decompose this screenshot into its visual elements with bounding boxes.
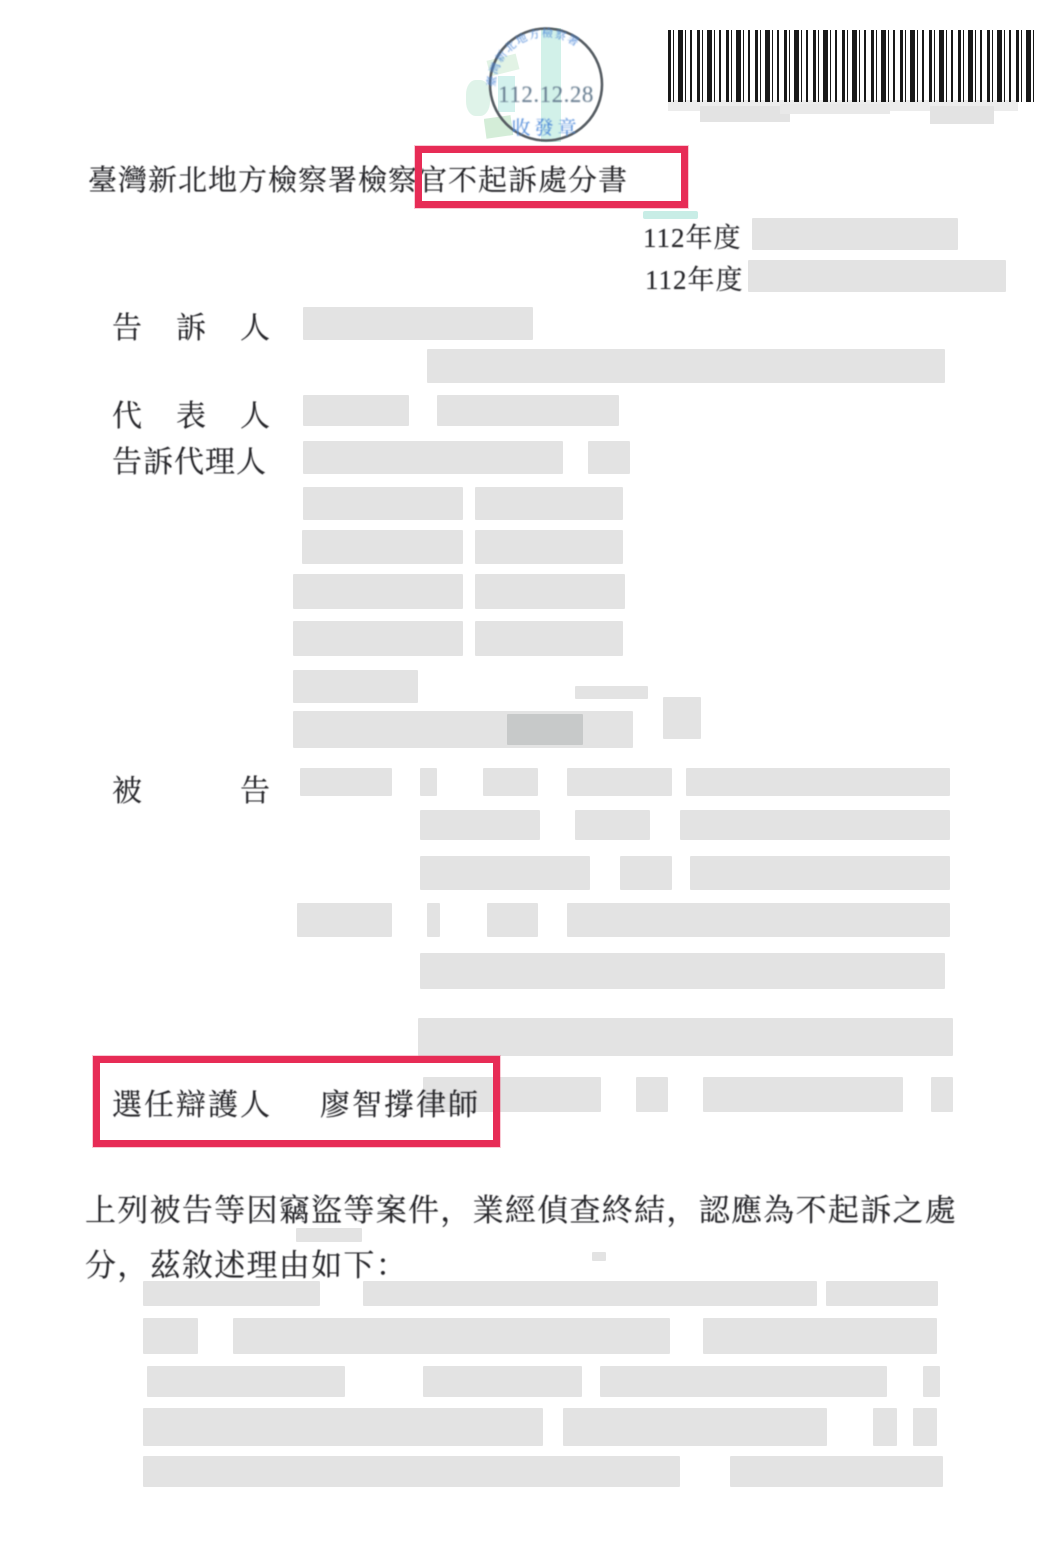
redacted-text-block — [931, 1077, 953, 1112]
redacted-text-block — [703, 1077, 903, 1112]
redacted-text-block — [475, 621, 623, 656]
redacted-text-block — [233, 1318, 670, 1354]
redacted-text-block — [663, 697, 701, 739]
redacted-text-block — [302, 530, 463, 564]
redacted-text-block — [752, 218, 958, 250]
redacted-text-block — [600, 1366, 887, 1397]
redacted-text-block — [303, 487, 463, 520]
redacted-text-block — [588, 441, 630, 474]
redacted-text-block — [427, 903, 440, 937]
defense-counsel-name: 廖智撐律師 — [320, 1080, 480, 1124]
redacted-text-block — [575, 686, 648, 699]
body-line: 上列被告等因竊盜等案件，業經偵查終結，認應為不起訴之處 — [85, 1183, 985, 1238]
redacted-text-block — [730, 1456, 943, 1487]
redacted-text-block — [483, 768, 538, 796]
redacted-text-block — [690, 856, 950, 890]
redacted-text-block — [507, 714, 583, 745]
complainant-agent-label: 告訴代理人 — [112, 437, 267, 481]
redacted-text-block — [420, 953, 945, 989]
redacted-text-block — [143, 1456, 680, 1487]
representative-label: 代 表 人 — [112, 391, 272, 435]
receipt-stamp: 臺灣新北地方檢察署 112.12.28 收發章 — [484, 26, 608, 150]
stamp-arc-text: 臺灣新北地方檢察署 — [484, 26, 582, 88]
redacted-text-block — [297, 903, 392, 937]
redacted-text-block — [703, 1318, 937, 1354]
stamp-date: 112.12.28 — [498, 82, 594, 107]
redacted-text-block — [293, 574, 463, 609]
redacted-text-block — [420, 810, 540, 840]
redacted-text-block — [143, 1318, 198, 1354]
redacted-text-block — [427, 349, 945, 383]
redacted-text-block — [420, 768, 437, 796]
redacted-text-block — [293, 670, 418, 703]
redacted-text-block — [303, 307, 533, 340]
redacted-text-block — [475, 574, 625, 609]
redacted-text-block — [575, 810, 650, 840]
redacted-text-block — [636, 1077, 668, 1112]
complainant-label: 告 訴 人 — [112, 303, 272, 347]
redacted-text-block — [147, 1366, 345, 1397]
redacted-text-block — [873, 1408, 897, 1446]
redacted-text-block — [303, 441, 563, 474]
redacted-text-block — [418, 1018, 953, 1056]
redacted-text-block — [567, 903, 950, 937]
redacted-text-block — [143, 1408, 543, 1446]
redacted-text-block — [423, 1366, 582, 1397]
redacted-text-block — [303, 395, 409, 426]
redacted-text-block — [487, 903, 538, 937]
defendant-label: 被 告 — [112, 766, 272, 810]
redacted-text-block — [567, 768, 672, 796]
case-number-line-1: 112年度 — [643, 216, 742, 255]
scanned-document-page: 臺灣新北地方檢察署 112.12.28 收發章 臺灣新北地方檢察署檢察官不起訴處… — [0, 0, 1060, 1542]
redacted-text-block — [420, 856, 590, 890]
redacted-text-block — [913, 1408, 937, 1446]
body-line: 分，茲敘述理由如下： — [85, 1238, 985, 1293]
redacted-text-block — [620, 856, 672, 890]
redacted-text-block — [293, 621, 463, 656]
body-paragraph: 上列被告等因竊盜等案件，業經偵查終結，認應為不起訴之處 分，茲敘述理由如下： — [85, 1183, 985, 1293]
redacted-text-block — [300, 768, 392, 796]
redacted-text-block — [475, 530, 623, 564]
case-number-line-2: 112年度 — [645, 258, 744, 297]
redacted-text-block — [475, 487, 623, 520]
redacted-text-block — [563, 1408, 827, 1446]
defense-counsel-label: 選任辯護人 — [112, 1080, 272, 1124]
redacted-text-block — [748, 260, 1006, 292]
redacted-text-block — [680, 810, 950, 840]
redacted-text-block — [686, 768, 950, 796]
title-highlight-box — [415, 146, 688, 208]
redacted-text-block — [437, 395, 619, 426]
stamp-bottom-text: 收發章 — [511, 117, 580, 139]
redacted-text-block — [923, 1366, 940, 1397]
